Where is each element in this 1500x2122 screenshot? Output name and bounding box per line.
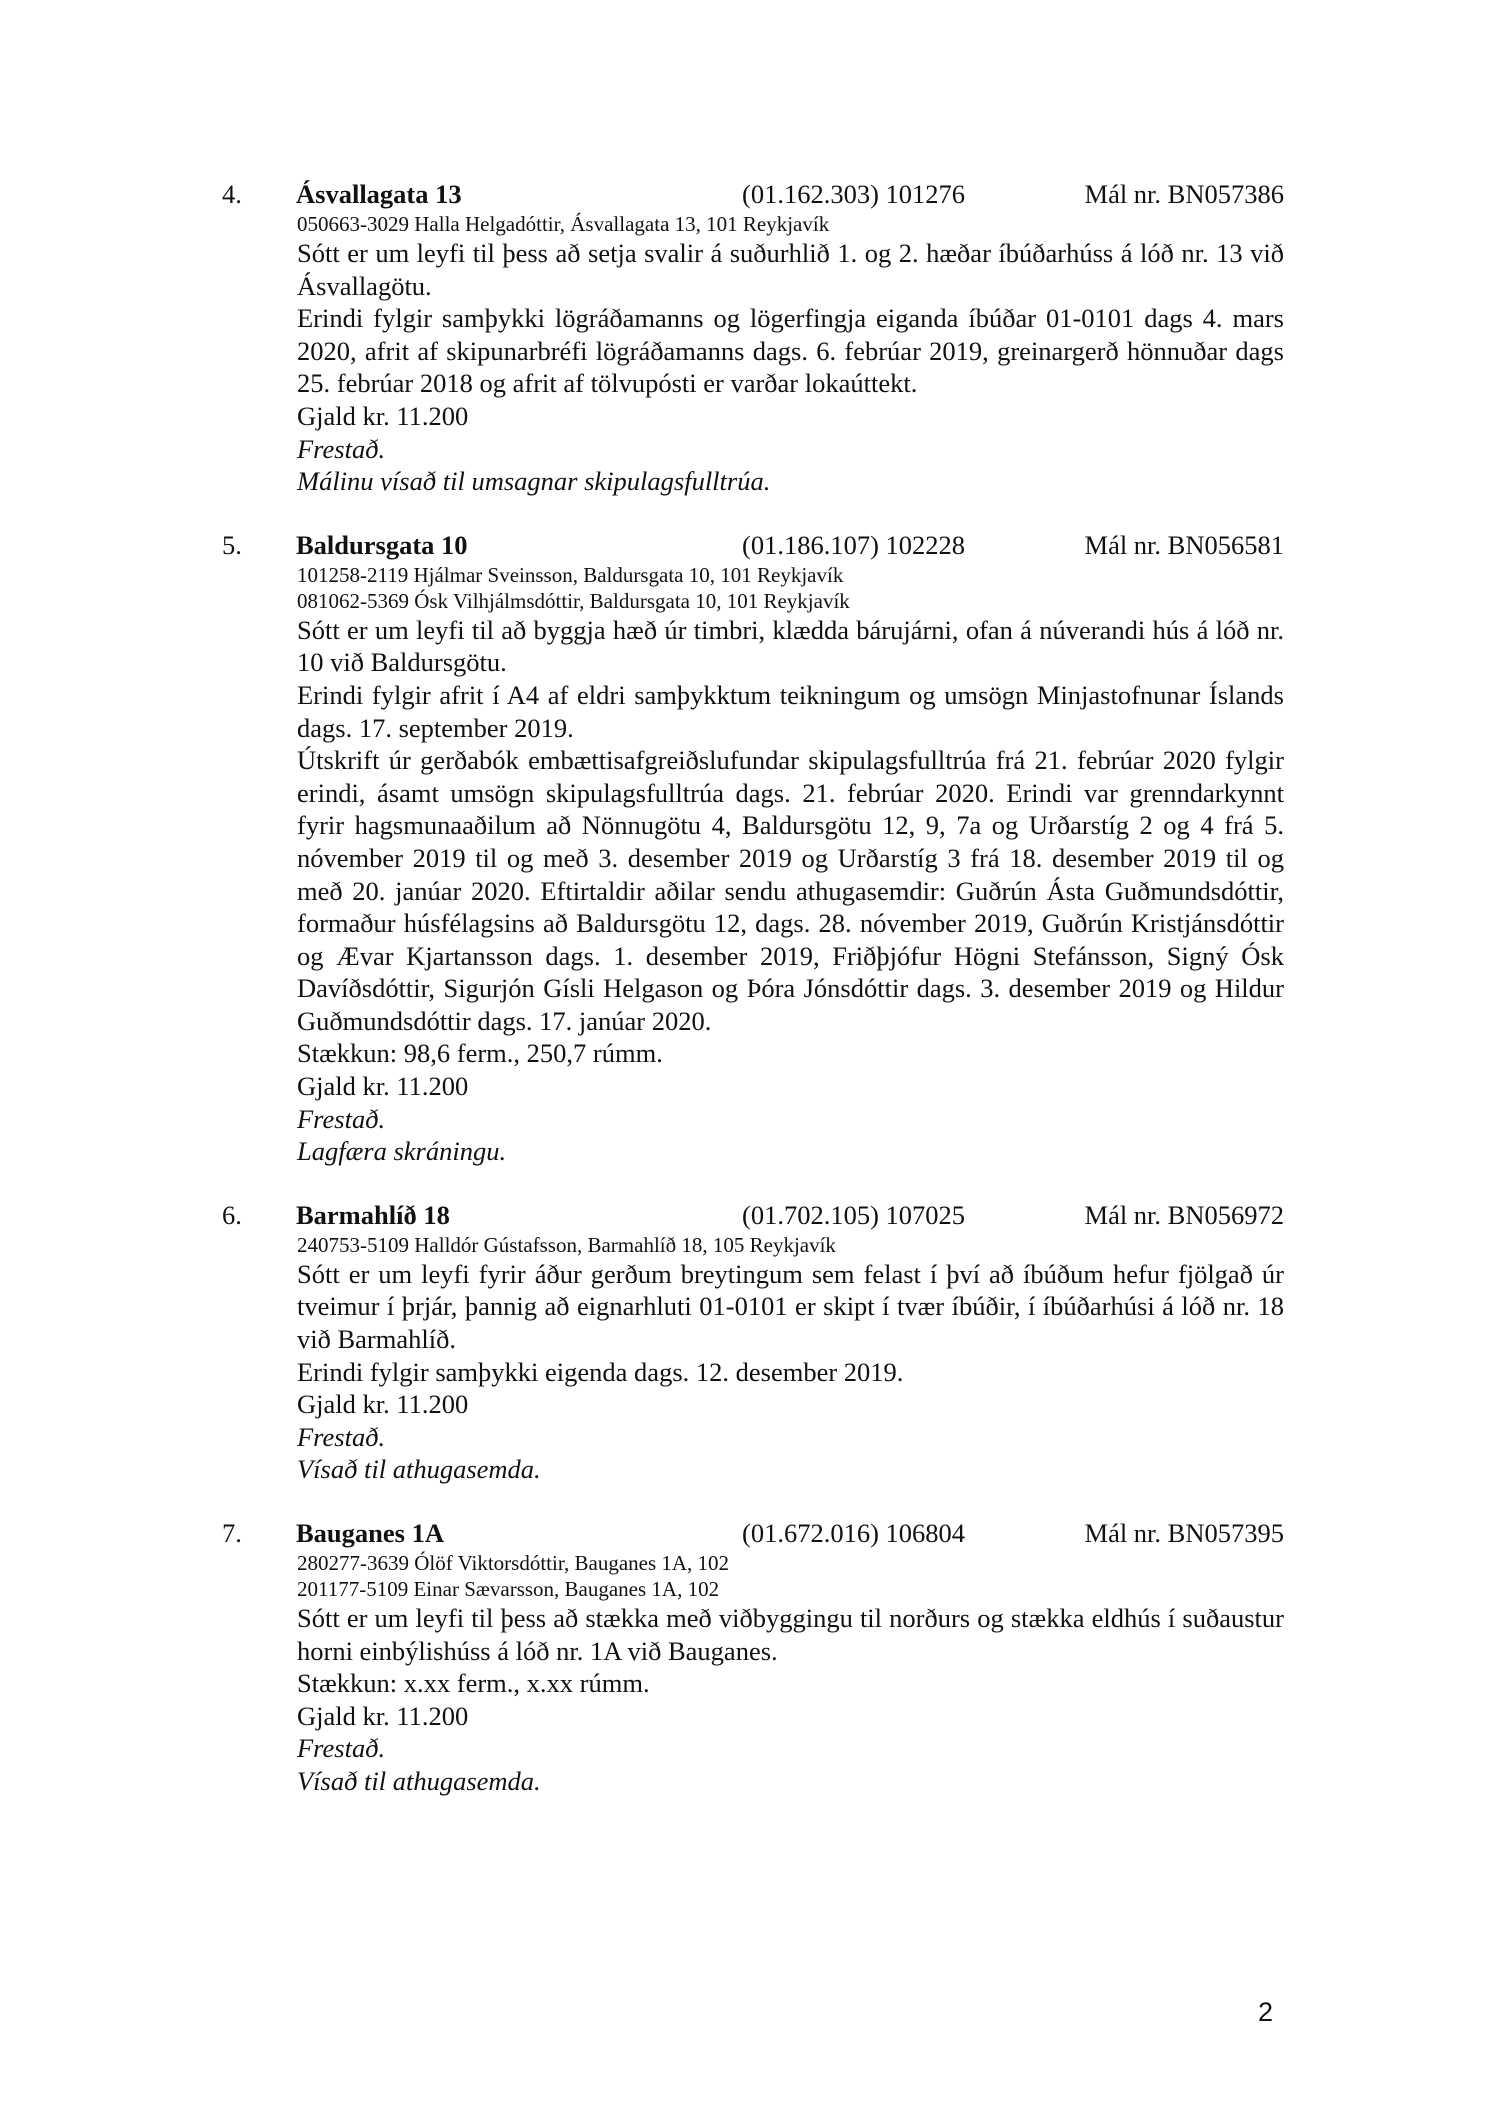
case-address-title: Baldursgata 10: [296, 529, 468, 562]
case-heading: 6. Barmahlíð 18 (01.702.105) 107025 Mál …: [222, 1199, 1284, 1232]
case-reference: Mál nr. BN056972: [1085, 1199, 1285, 1232]
meeting-minutes-items: 4. Ásvallagata 13 (01.162.303) 101276 Má…: [222, 178, 1284, 1829]
page-number: 2: [1258, 1996, 1273, 2028]
case-applicants: 101258-2119 Hjálmar Sveinsson, Baldursga…: [297, 562, 1284, 614]
case-parcel-id: (01.672.016) 106804: [742, 1517, 965, 1550]
case-applicants: 240753-5109 Halldór Gústafsson, Barmahlí…: [297, 1232, 1284, 1258]
case-reference: Mál nr. BN057386: [1085, 178, 1285, 211]
case-heading: 7. Bauganes 1A (01.672.016) 106804 Mál n…: [222, 1517, 1284, 1550]
decision-text: Frestað.: [297, 1421, 1284, 1454]
paragraph: Gjald kr. 11.200: [297, 1388, 1284, 1421]
case-address-title: Barmahlíð 18: [296, 1199, 450, 1232]
case-body: 101258-2119 Hjálmar Sveinsson, Baldursga…: [297, 562, 1284, 1168]
paragraph: Sótt er um leyfi til að byggja hæð úr ti…: [297, 614, 1284, 679]
applicant-line: 280277-3639 Ólöf Viktorsdóttir, Bauganes…: [297, 1550, 1284, 1576]
paragraph: Erindi fylgir samþykki lögráðamanns og l…: [297, 302, 1284, 400]
case-parcel-id: (01.162.303) 101276: [742, 178, 965, 211]
case-text: Sótt er um leyfi til þess að stækka með …: [297, 1602, 1284, 1798]
case-address-title: Ásvallagata 13: [296, 178, 462, 211]
decision-text: Frestað.: [297, 1732, 1284, 1765]
decision-text: Frestað.: [297, 433, 1284, 466]
case-number: 5.: [222, 529, 242, 562]
case-body: 240753-5109 Halldór Gústafsson, Barmahlí…: [297, 1232, 1284, 1486]
case-heading: 5. Baldursgata 10 (01.186.107) 102228 Má…: [222, 529, 1284, 562]
applicant-line: 081062-5369 Ósk Vilhjálmsdóttir, Baldurs…: [297, 588, 1284, 614]
case-reference: Mál nr. BN056581: [1085, 529, 1285, 562]
case-address-title: Bauganes 1A: [296, 1517, 444, 1550]
document-page: 4. Ásvallagata 13 (01.162.303) 101276 Má…: [0, 0, 1500, 2122]
case-heading: 4. Ásvallagata 13 (01.162.303) 101276 Má…: [222, 178, 1284, 211]
decision-text: Vísað til athugasemda.: [297, 1453, 1284, 1486]
decision-text: Lagfæra skráningu.: [297, 1135, 1284, 1168]
paragraph: Erindi fylgir samþykki eigenda dags. 12.…: [297, 1356, 1284, 1389]
paragraph: Gjald kr. 11.200: [297, 400, 1284, 433]
decision-text: Málinu vísað til umsagnar skipulagsfullt…: [297, 465, 1284, 498]
paragraph: Stækkun: x.xx ferm., x.xx rúmm.: [297, 1667, 1284, 1700]
case-text: Sótt er um leyfi fyrir áður gerðum breyt…: [297, 1258, 1284, 1486]
decision-text: Frestað.: [297, 1103, 1284, 1136]
paragraph: Sótt er um leyfi til þess að stækka með …: [297, 1602, 1284, 1667]
case-text: Sótt er um leyfi til þess að setja svali…: [297, 237, 1284, 498]
case-number: 6.: [222, 1199, 242, 1232]
paragraph: Gjald kr. 11.200: [297, 1700, 1284, 1733]
case-number: 4.: [222, 178, 242, 211]
case-applicants: 050663-3029 Halla Helgadóttir, Ásvallaga…: [297, 211, 1284, 237]
paragraph: Útskrift úr gerðabók embættisafgreiðsluf…: [297, 744, 1284, 1037]
paragraph: Gjald kr. 11.200: [297, 1070, 1284, 1103]
paragraph: Erindi fylgir afrit í A4 af eldri samþyk…: [297, 679, 1284, 744]
paragraph: Sótt er um leyfi til þess að setja svali…: [297, 237, 1284, 302]
case-text: Sótt er um leyfi til að byggja hæð úr ti…: [297, 614, 1284, 1168]
applicant-line: 050663-3029 Halla Helgadóttir, Ásvallaga…: [297, 211, 1284, 237]
paragraph: Sótt er um leyfi fyrir áður gerðum breyt…: [297, 1258, 1284, 1356]
applicant-line: 201177-5109 Einar Sævarsson, Bauganes 1A…: [297, 1576, 1284, 1602]
case-parcel-id: (01.186.107) 102228: [742, 529, 965, 562]
case-body: 050663-3029 Halla Helgadóttir, Ásvallaga…: [297, 211, 1284, 498]
case-parcel-id: (01.702.105) 107025: [742, 1199, 965, 1232]
case-item: 5. Baldursgata 10 (01.186.107) 102228 Má…: [222, 529, 1284, 1168]
decision-text: Vísað til athugasemda.: [297, 1765, 1284, 1798]
case-item: 7. Bauganes 1A (01.672.016) 106804 Mál n…: [222, 1517, 1284, 1798]
paragraph: Stækkun: 98,6 ferm., 250,7 rúmm.: [297, 1037, 1284, 1070]
case-applicants: 280277-3639 Ólöf Viktorsdóttir, Bauganes…: [297, 1550, 1284, 1602]
case-number: 7.: [222, 1517, 242, 1550]
case-reference: Mál nr. BN057395: [1085, 1517, 1285, 1550]
applicant-line: 240753-5109 Halldór Gústafsson, Barmahlí…: [297, 1232, 1284, 1258]
case-item: 6. Barmahlíð 18 (01.702.105) 107025 Mál …: [222, 1199, 1284, 1486]
case-item: 4. Ásvallagata 13 (01.162.303) 101276 Má…: [222, 178, 1284, 498]
case-body: 280277-3639 Ólöf Viktorsdóttir, Bauganes…: [297, 1550, 1284, 1798]
applicant-line: 101258-2119 Hjálmar Sveinsson, Baldursga…: [297, 562, 1284, 588]
